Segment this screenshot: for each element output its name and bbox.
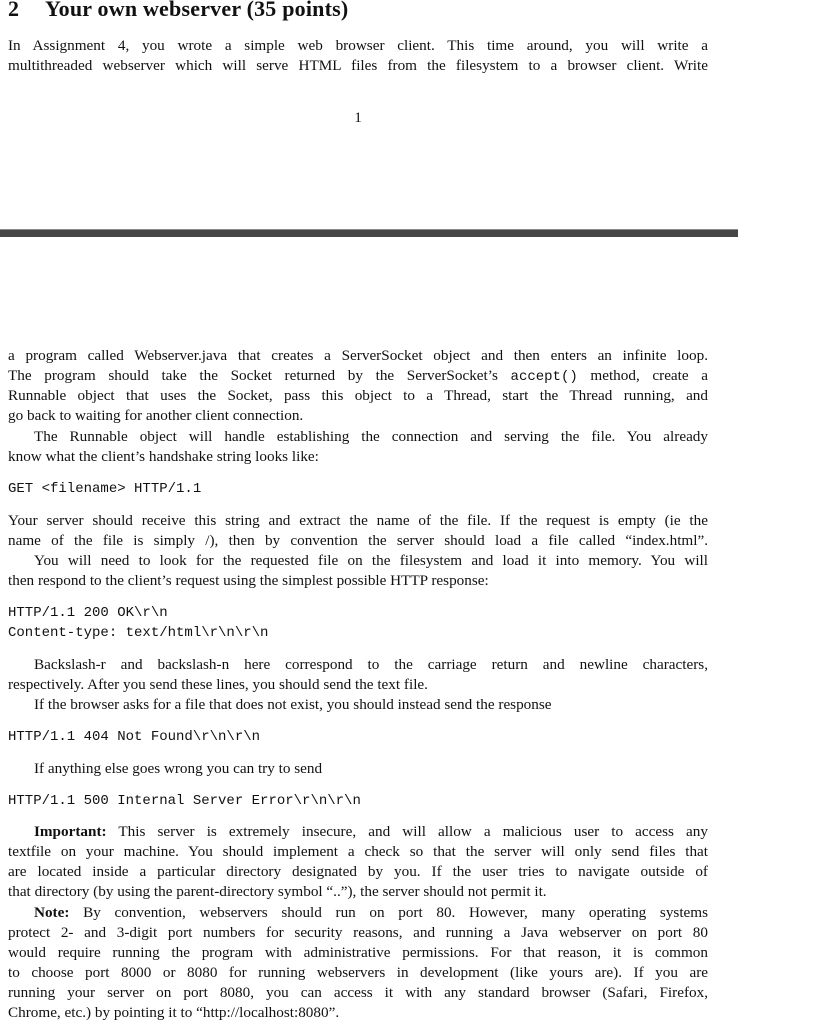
text-fragment: By convention, webservers should run on … (83, 904, 708, 921)
section-heading: 2Your own webserver (35 points) (8, 0, 348, 22)
important-paragraph-line: Important: This server is extremely inse… (34, 822, 708, 842)
code-response-200-line: HTTP/1.1 200 OK\r\n (8, 603, 168, 623)
note-paragraph-line: to choose port 8000 or 8080 for running … (8, 963, 708, 983)
paragraph-line: a program called Webserver.java that cre… (8, 346, 708, 366)
important-paragraph-line: textfile on your machine. You should imp… (8, 842, 708, 862)
text-fragment: The program should take the Socket retur… (8, 367, 498, 384)
note-paragraph-line: would require running the program with a… (8, 943, 708, 963)
paragraph-line: go back to waiting for another client co… (8, 406, 708, 426)
note-label: Note: (34, 904, 69, 921)
paragraph-line: know what the client’s handshake string … (8, 447, 708, 467)
note-paragraph-line: running your server on port 8080, you ca… (8, 983, 708, 1003)
section-number: 2 (8, 0, 45, 22)
note-paragraph-line: protect 2- and 3-digit port numbers for … (8, 923, 708, 943)
code-response-404-line: HTTP/1.1 404 Not Found\r\n\r\n (8, 727, 260, 747)
paragraph-line: The Runnable object will handle establis… (34, 427, 708, 447)
note-paragraph-line: Chrome, etc.) by pointing it to “http://… (8, 1003, 708, 1023)
section-title: Your own webserver (35 points) (45, 0, 348, 21)
inline-code-accept: accept() (511, 369, 578, 385)
page-number: 1 (0, 108, 716, 128)
intro-paragraph-line: multithreaded webserver which will serve… (8, 56, 708, 76)
paragraph-line: Backslash-r and backslash-n here corresp… (34, 655, 708, 675)
intro-paragraph-line: In Assignment 4, you wrote a simple web … (8, 36, 708, 56)
code-response-200-line: Content-type: text/html\r\n\r\n (8, 623, 268, 643)
paragraph-line: then respond to the client’s request usi… (8, 571, 708, 591)
important-paragraph-line: that directory (by using the parent-dire… (8, 882, 708, 902)
note-paragraph-line: Note: By convention, webservers should r… (34, 903, 708, 923)
text-fragment: method, create a (590, 367, 708, 384)
paragraph-line: Your server should receive this string a… (8, 511, 708, 531)
page-separator (0, 229, 738, 237)
text-fragment: This server is extremely insecure, and w… (118, 823, 708, 840)
paragraph-line: Runnable object that uses the Socket, pa… (8, 386, 708, 406)
paragraph-line: The program should take the Socket retur… (8, 366, 708, 387)
code-request-line: GET <filename> HTTP/1.1 (8, 479, 201, 499)
important-label: Important: (34, 823, 107, 840)
paragraph-line: You will need to look for the requested … (34, 551, 708, 571)
code-response-500-line: HTTP/1.1 500 Internal Server Error\r\n\r… (8, 791, 361, 811)
paragraph-line: If anything else goes wrong you can try … (34, 759, 708, 779)
paragraph-line: If the browser asks for a file that does… (34, 695, 708, 715)
important-paragraph-line: are located inside a particular director… (8, 862, 708, 882)
paragraph-line: respectively. After you send these lines… (8, 675, 708, 695)
paragraph-line: name of the file is simply /), then by c… (8, 531, 708, 551)
